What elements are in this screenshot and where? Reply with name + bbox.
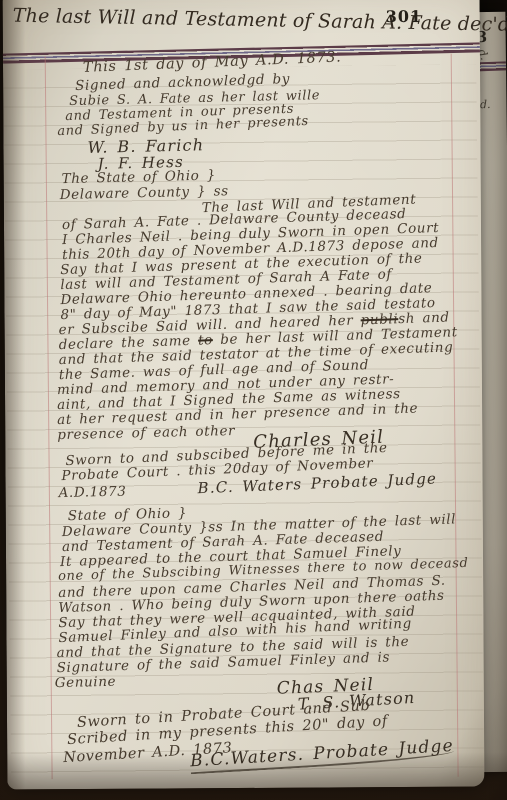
- manuscript-line: Genuine: [55, 674, 117, 691]
- manuscript-line: presence of each other: [57, 423, 235, 443]
- manuscript-line: This 1st day of May A.D. 1873.: [83, 49, 342, 76]
- photo-container: 3 d. ed. The last Will and Testament of …: [0, 0, 507, 800]
- manuscript-line: A.D.1873: [58, 484, 126, 502]
- record-page: The last Will and Testament of Sarah A. …: [3, 0, 485, 789]
- manuscript-layer: This 1st day of May A.D. 1873.Signed and…: [3, 0, 485, 789]
